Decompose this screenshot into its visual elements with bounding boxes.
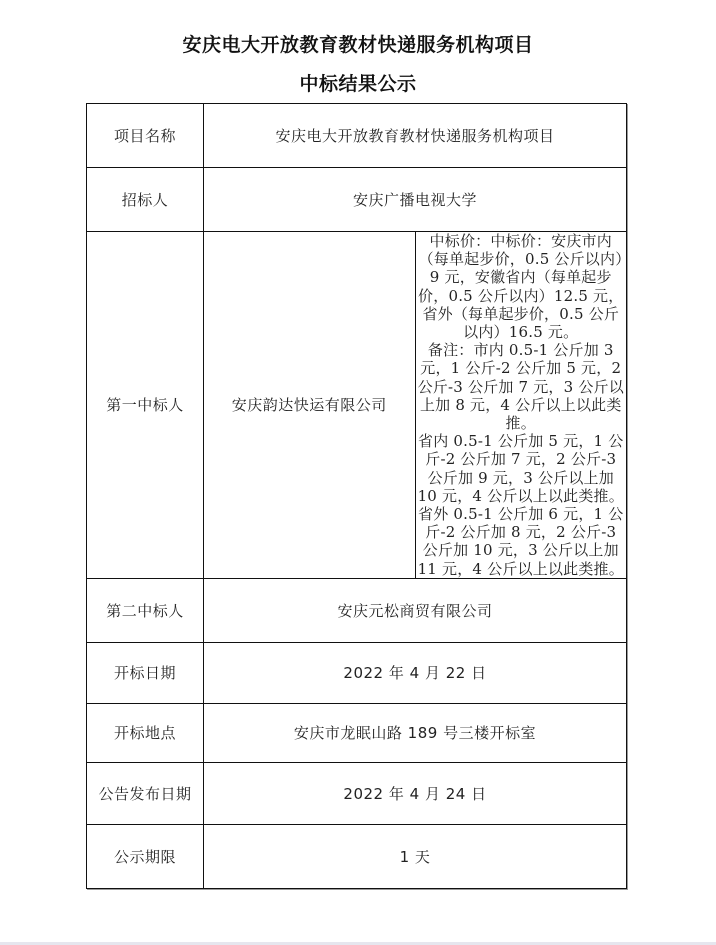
table-row-project-name: 项目名称 安庆电大开放教育教材快递服务机构项目 <box>87 104 627 168</box>
value-project-name: 安庆电大开放教育教材快递服务机构项目 <box>204 104 627 168</box>
value-opening-location: 安庆市龙眠山路 189 号三楼开标室 <box>204 703 627 762</box>
document-subtitle: 中标结果公示 <box>0 69 716 96</box>
value-tenderer: 安庆广播电视大学 <box>204 168 627 232</box>
label-opening-location: 开标地点 <box>87 703 204 762</box>
label-opening-date: 开标日期 <box>87 642 204 703</box>
bid-result-table: 项目名称 安庆电大开放教育教材快递服务机构项目 招标人 安庆广播电视大学 第一中… <box>86 103 627 889</box>
label-second-winner: 第二中标人 <box>87 578 204 642</box>
price-detail-out-of-province-note: 省外 0.5-1 公斤加 6 元，1 公斤-2 公斤加 8 元，2 公斤-3 公… <box>416 505 627 578</box>
table-row-first-winner: 第一中标人 安庆韵达快运有限公司 中标价：中标价：安庆市内（每单起步价，0.5 … <box>87 232 627 579</box>
label-project-name: 项目名称 <box>87 104 204 168</box>
value-publicity-period: 1 天 <box>204 824 627 888</box>
table-row-publish-date: 公告发布日期 2022 年 4 月 24 日 <box>87 762 627 824</box>
price-detail-city-note: 备注：市内 0.5-1 公斤加 3 元，1 公斤-2 公斤加 5 元，2 公斤-… <box>416 341 627 432</box>
value-second-winner: 安庆元松商贸有限公司 <box>204 578 627 642</box>
value-opening-date: 2022 年 4 月 22 日 <box>204 642 627 703</box>
price-detail-province-note: 省内 0.5-1 公斤加 5 元，1 公斤-2 公斤加 7 元，2 公斤-3 公… <box>416 432 627 505</box>
table-row-publicity-period: 公示期限 1 天 <box>87 824 627 888</box>
label-first-winner: 第一中标人 <box>87 232 204 579</box>
value-first-winner-company: 安庆韵达快运有限公司 <box>204 232 416 579</box>
label-tenderer: 招标人 <box>87 168 204 232</box>
table-row-tenderer: 招标人 安庆广播电视大学 <box>87 168 627 232</box>
label-publicity-period: 公示期限 <box>87 824 204 888</box>
label-publish-date: 公告发布日期 <box>87 762 204 824</box>
document-title: 安庆电大开放教育教材快递服务机构项目 <box>0 30 716 57</box>
table-row-opening-location: 开标地点 安庆市龙眠山路 189 号三楼开标室 <box>87 703 627 762</box>
value-publish-date: 2022 年 4 月 24 日 <box>204 762 627 824</box>
table-row-second-winner: 第二中标人 安庆元松商贸有限公司 <box>87 578 627 642</box>
first-winner-price-details: 中标价：中标价：安庆市内（每单起步价，0.5 公斤以内）9 元，安徽省内（每单起… <box>415 232 627 579</box>
table-row-opening-date: 开标日期 2022 年 4 月 22 日 <box>87 642 627 703</box>
price-detail-bid-price: 中标价：中标价：安庆市内（每单起步价，0.5 公斤以内）9 元，安徽省内（每单起… <box>416 232 627 341</box>
